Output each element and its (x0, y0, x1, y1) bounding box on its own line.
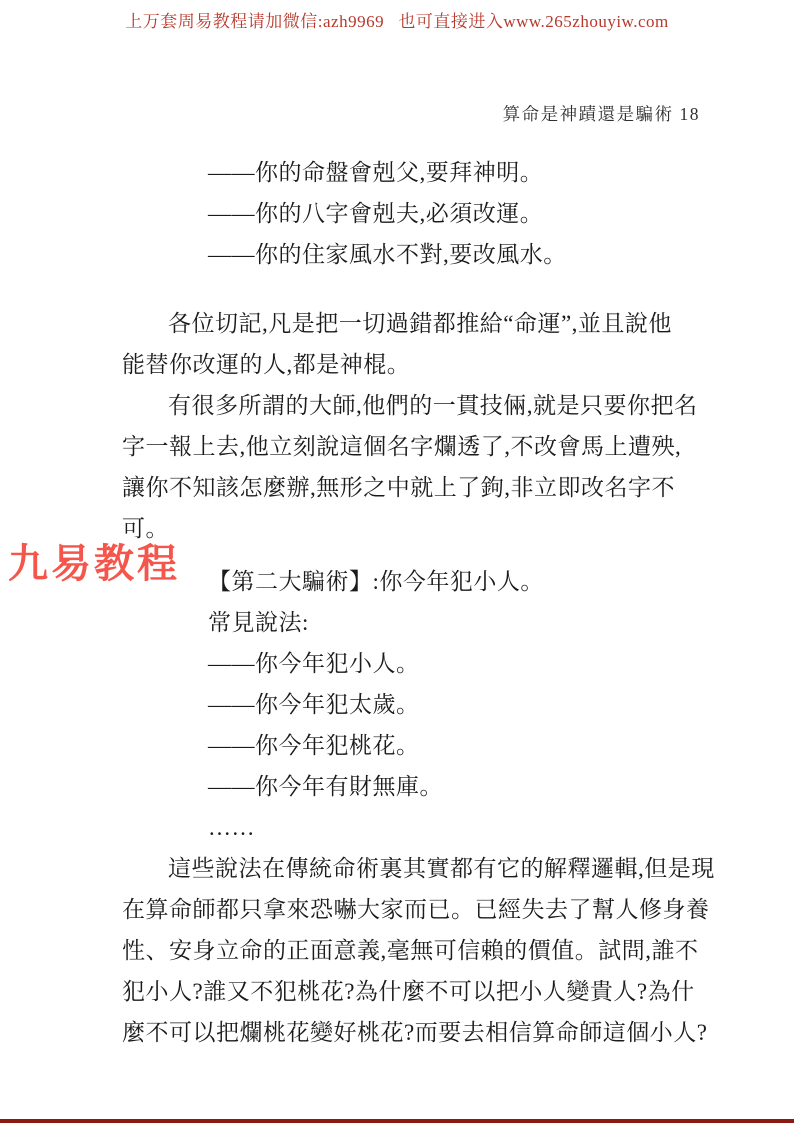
text-line: 有很多所謂的大師,他們的一貫技倆,就是只要你把名 (122, 385, 678, 426)
text-line: 【第二大騙術】:你今年犯小人。 (208, 561, 678, 602)
text-line: ——你今年犯太歲。 (208, 684, 678, 725)
text-line: 可。 (122, 508, 678, 549)
text-line: ——你的命盤會剋父,要拜神明。 (208, 152, 678, 193)
text-line: 犯小人?誰又不犯桃花?為什麼不可以把小人變貴人?為什 (122, 971, 678, 1012)
text-line: 能替你改運的人,都是神棍。 (122, 344, 678, 385)
text-line: 讓你不知該怎麼辦,無形之中就上了鉤,非立即改名字不 (122, 467, 678, 508)
text-line: ——你的住家風水不對,要改風水。 (208, 234, 678, 275)
text-line: …… (208, 807, 678, 848)
page-body: ——你的命盤會剋父,要拜神明。 ——你的八字會剋夫,必須改運。 ——你的住家風水… (122, 152, 678, 1053)
text-line: 這些說法在傳統命術裏其實都有它的解釋邏輯,但是現 (122, 848, 678, 889)
text-line: ——你今年有財無庫。 (208, 766, 678, 807)
dash-list-fate-claims: ——你的命盤會剋父,要拜神明。 ——你的八字會剋夫,必須改運。 ——你的住家風水… (122, 152, 678, 275)
paragraph-warning: 各位切記,凡是把一切過錯都推給“命運”,並且說他 能替你改運的人,都是神棍。 (122, 303, 678, 385)
text-line: 性、安身立命的正面意義,毫無可信賴的價值。試問,誰不 (122, 930, 678, 971)
text-line: 各位切記,凡是把一切過錯都推給“命運”,並且說他 (122, 303, 678, 344)
dash-list-second-scam: 【第二大騙術】:你今年犯小人。 常見說法: ——你今年犯小人。 ——你今年犯太歲… (122, 561, 678, 848)
paragraph-conclusion: 這些說法在傳統命術裏其實都有它的解釋邏輯,但是現 在算命師都只拿來恐嚇大家而已。… (122, 848, 678, 1053)
bottom-divider-line (0, 1119, 794, 1123)
text-line: ——你今年犯桃花。 (208, 725, 678, 766)
paragraph-name-scam: 有很多所謂的大師,他們的一貫技倆,就是只要你把名 字一報上去,他立刻說這個名字爛… (122, 385, 678, 549)
top-watermark-banner: 上万套周易教程请加微信:azh9969 也可直接进入www.265zhouyiw… (0, 7, 794, 32)
text-line: 在算命師都只拿來恐嚇大家而已。已經失去了幫人修身養 (122, 889, 678, 930)
text-line: ——你今年犯小人。 (208, 643, 678, 684)
text-line: 字一報上去,他立刻說這個名字爛透了,不改會馬上遭殃, (122, 426, 678, 467)
document-page: 上万套周易教程请加微信:azh9969 也可直接进入www.265zhouyiw… (0, 0, 794, 1123)
text-line: ——你的八字會剋夫,必須改運。 (208, 193, 678, 234)
page-header: 算命是神蹟還是騙術 18 (503, 101, 700, 126)
text-line: 麼不可以把爛桃花變好桃花?而要去相信算命師這個小人? (122, 1012, 678, 1053)
text-line: 常見說法: (208, 602, 678, 643)
